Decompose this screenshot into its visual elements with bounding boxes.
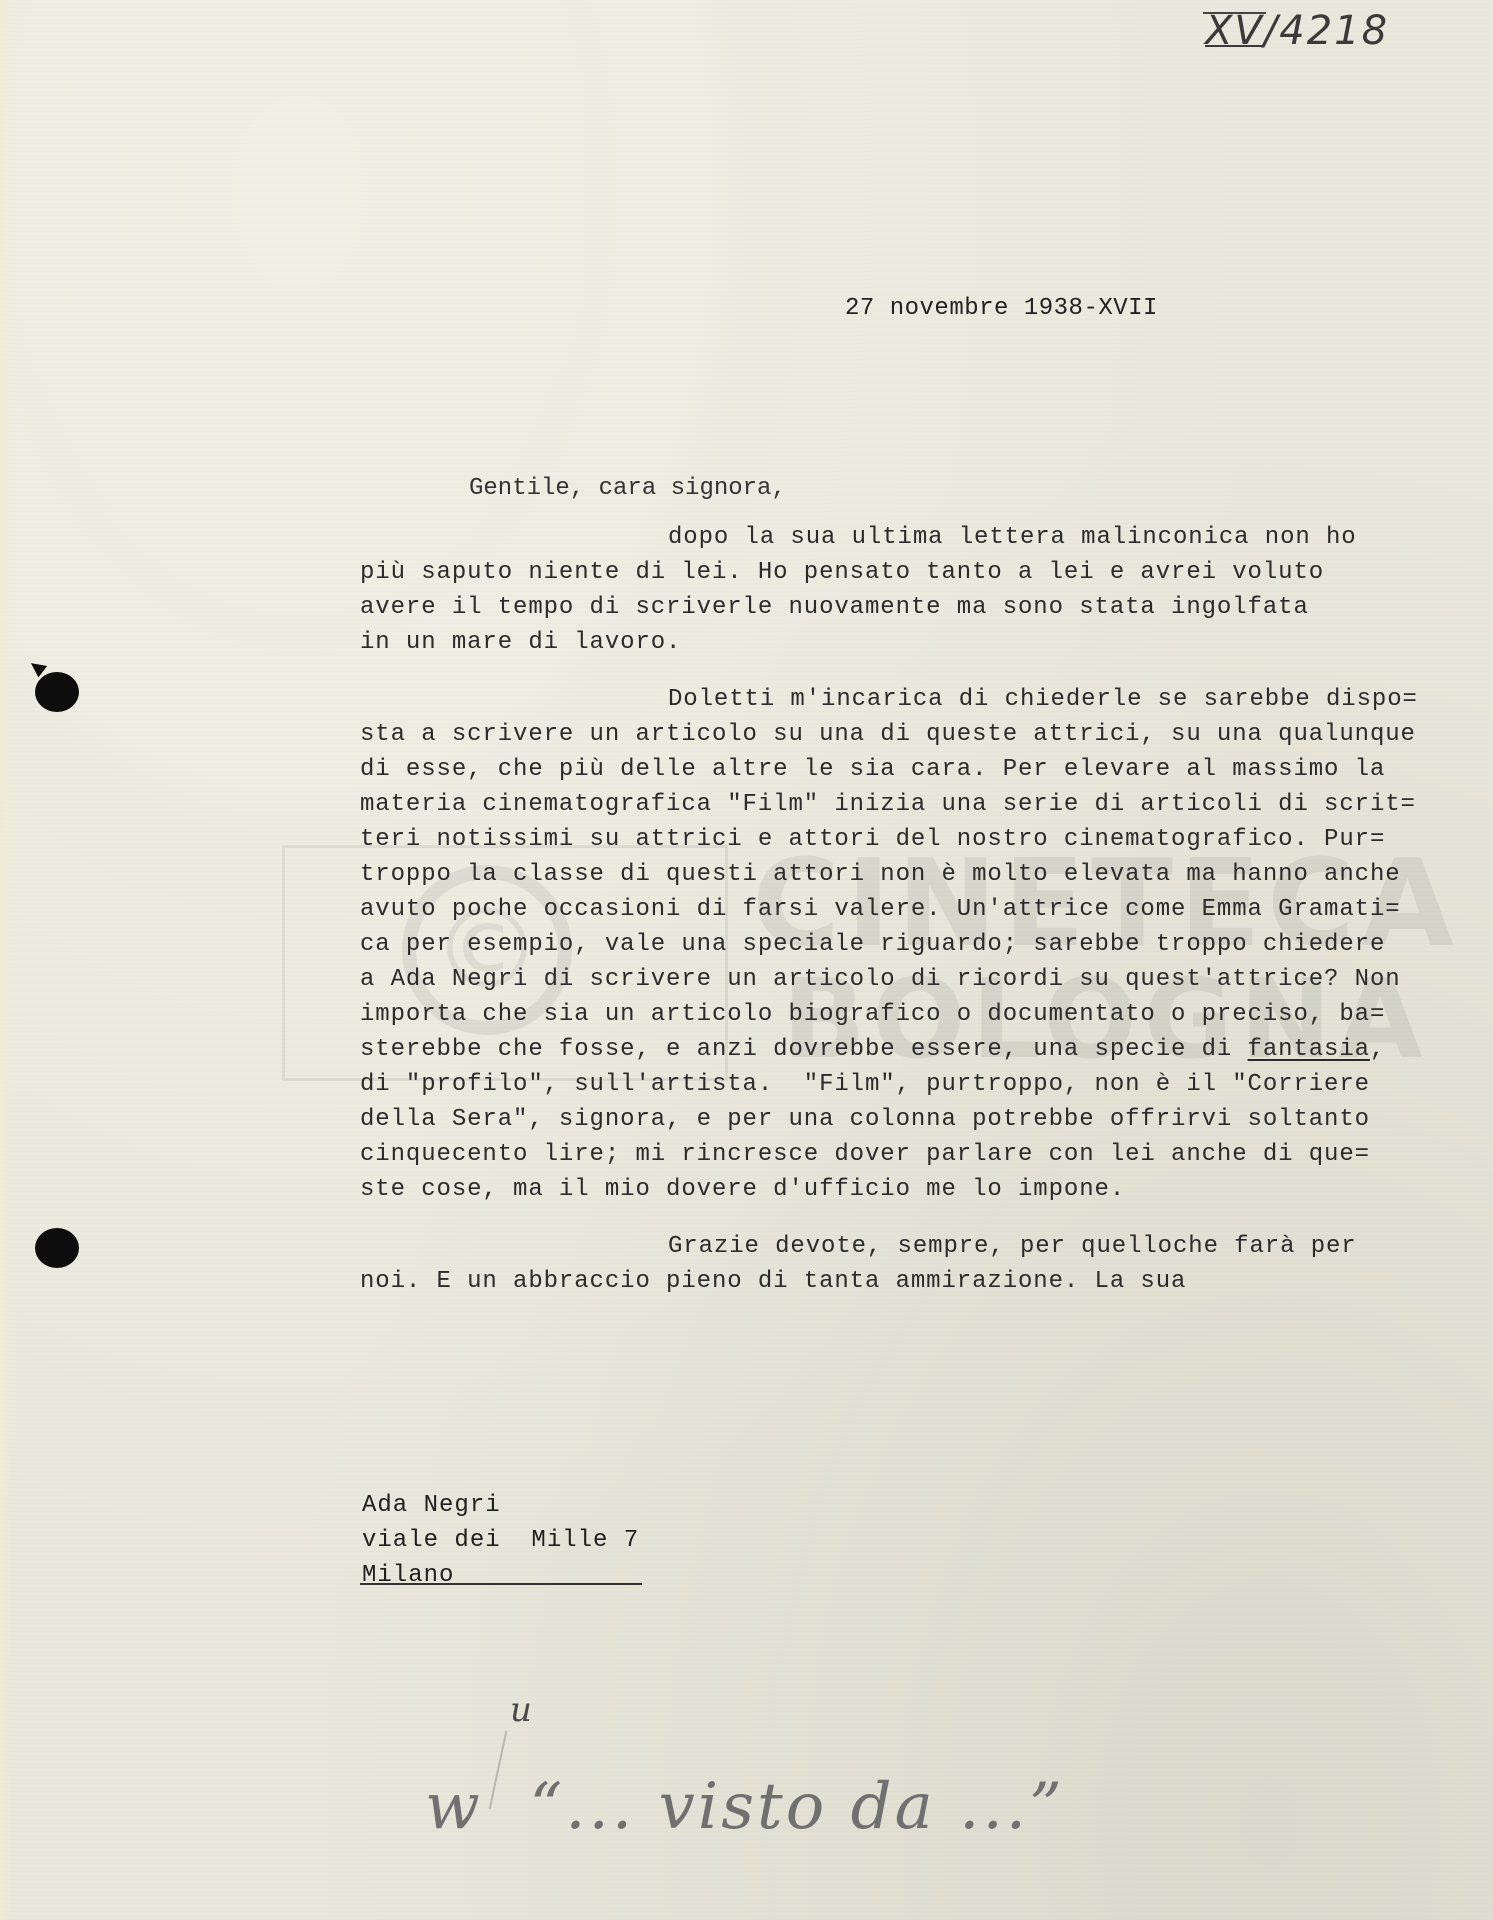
body-line: più saputo niente di lei. Ho pensato tan…: [360, 555, 1400, 590]
recipient-street: viale dei Mille 7: [362, 1523, 639, 1558]
punch-hole-icon: [35, 672, 79, 712]
archive-reference: XV/4218: [1205, 8, 1389, 54]
letter-date: 27 novembre 1938-XVII: [845, 295, 1158, 322]
body-line: in un mare di lavoro.: [360, 625, 1400, 660]
handwritten-prefix: w: [425, 1770, 483, 1844]
underlined-word: fantasia: [1248, 1036, 1370, 1063]
body-line: Grazie devote, sempre, per quelloche far…: [360, 1229, 1400, 1264]
paragraph-3: Grazie devote, sempre, per quelloche far…: [360, 1229, 1400, 1299]
recipient-name: Ada Negri: [362, 1488, 639, 1523]
body-line: teri notissimi su attrici e attori del n…: [360, 822, 1400, 857]
body-text: ,: [1370, 1036, 1385, 1063]
handwritten-note: w “... visto da ...”: [425, 1770, 1065, 1844]
address-underline: [360, 1583, 642, 1585]
body-line: dopo la sua ultima lettera malinconica n…: [360, 520, 1400, 555]
letter-body: dopo la sua ultima lettera malinconica n…: [360, 520, 1400, 1321]
body-line: a Ada Negri di scrivere un articolo di r…: [360, 962, 1400, 997]
body-line-with-emphasis: sterebbe che fosse, e anzi dovrebbe esse…: [360, 1032, 1400, 1067]
body-line: avuto poche occasioni di farsi valere. U…: [360, 892, 1400, 927]
body-line: importa che sia un articolo biografico o…: [360, 997, 1400, 1032]
body-line: cinquecento lire; mi rincresce dover par…: [360, 1137, 1400, 1172]
archive-reference-number: /4218: [1264, 8, 1389, 54]
salutation: Gentile, cara signora,: [469, 475, 786, 502]
punch-hole-icon: [35, 1228, 79, 1268]
body-line: Doletti m'incarica di chiederle se sareb…: [360, 682, 1400, 717]
handwritten-mark: u: [510, 1690, 532, 1730]
archive-reference-roman: XV: [1205, 8, 1264, 54]
body-line: ca per esempio, vale una speciale riguar…: [360, 927, 1400, 962]
body-line: sta a scrivere un articolo su una di que…: [360, 717, 1400, 752]
body-line: ste cose, ma il mio dovere d'ufficio me …: [360, 1172, 1400, 1207]
paper-edge: [0, 0, 14, 1920]
recipient-city: Milano: [362, 1558, 639, 1593]
recipient-address: Ada Negri viale dei Mille 7 Milano: [362, 1488, 639, 1593]
body-line: di "profilo", sull'artista. "Film", purt…: [360, 1067, 1400, 1102]
paragraph-2: Doletti m'incarica di chiederle se sareb…: [360, 682, 1400, 1207]
body-line: troppo la classe di questi attori non è …: [360, 857, 1400, 892]
body-line: della Sera", signora, e per una colonna …: [360, 1102, 1400, 1137]
body-line: di esse, che più delle altre le sia cara…: [360, 752, 1400, 787]
body-text: sterebbe che fosse, e anzi dovrebbe esse…: [360, 1036, 1248, 1063]
closing-line: noi. E un abbraccio pieno di tanta ammir…: [360, 1264, 1400, 1299]
body-line: materia cinematografica "Film" inizia un…: [360, 787, 1400, 822]
body-line: avere il tempo di scriverle nuovamente m…: [360, 590, 1400, 625]
paragraph-1: dopo la sua ultima lettera malinconica n…: [360, 520, 1400, 660]
handwritten-text: “... visto da ...”: [529, 1770, 1064, 1844]
